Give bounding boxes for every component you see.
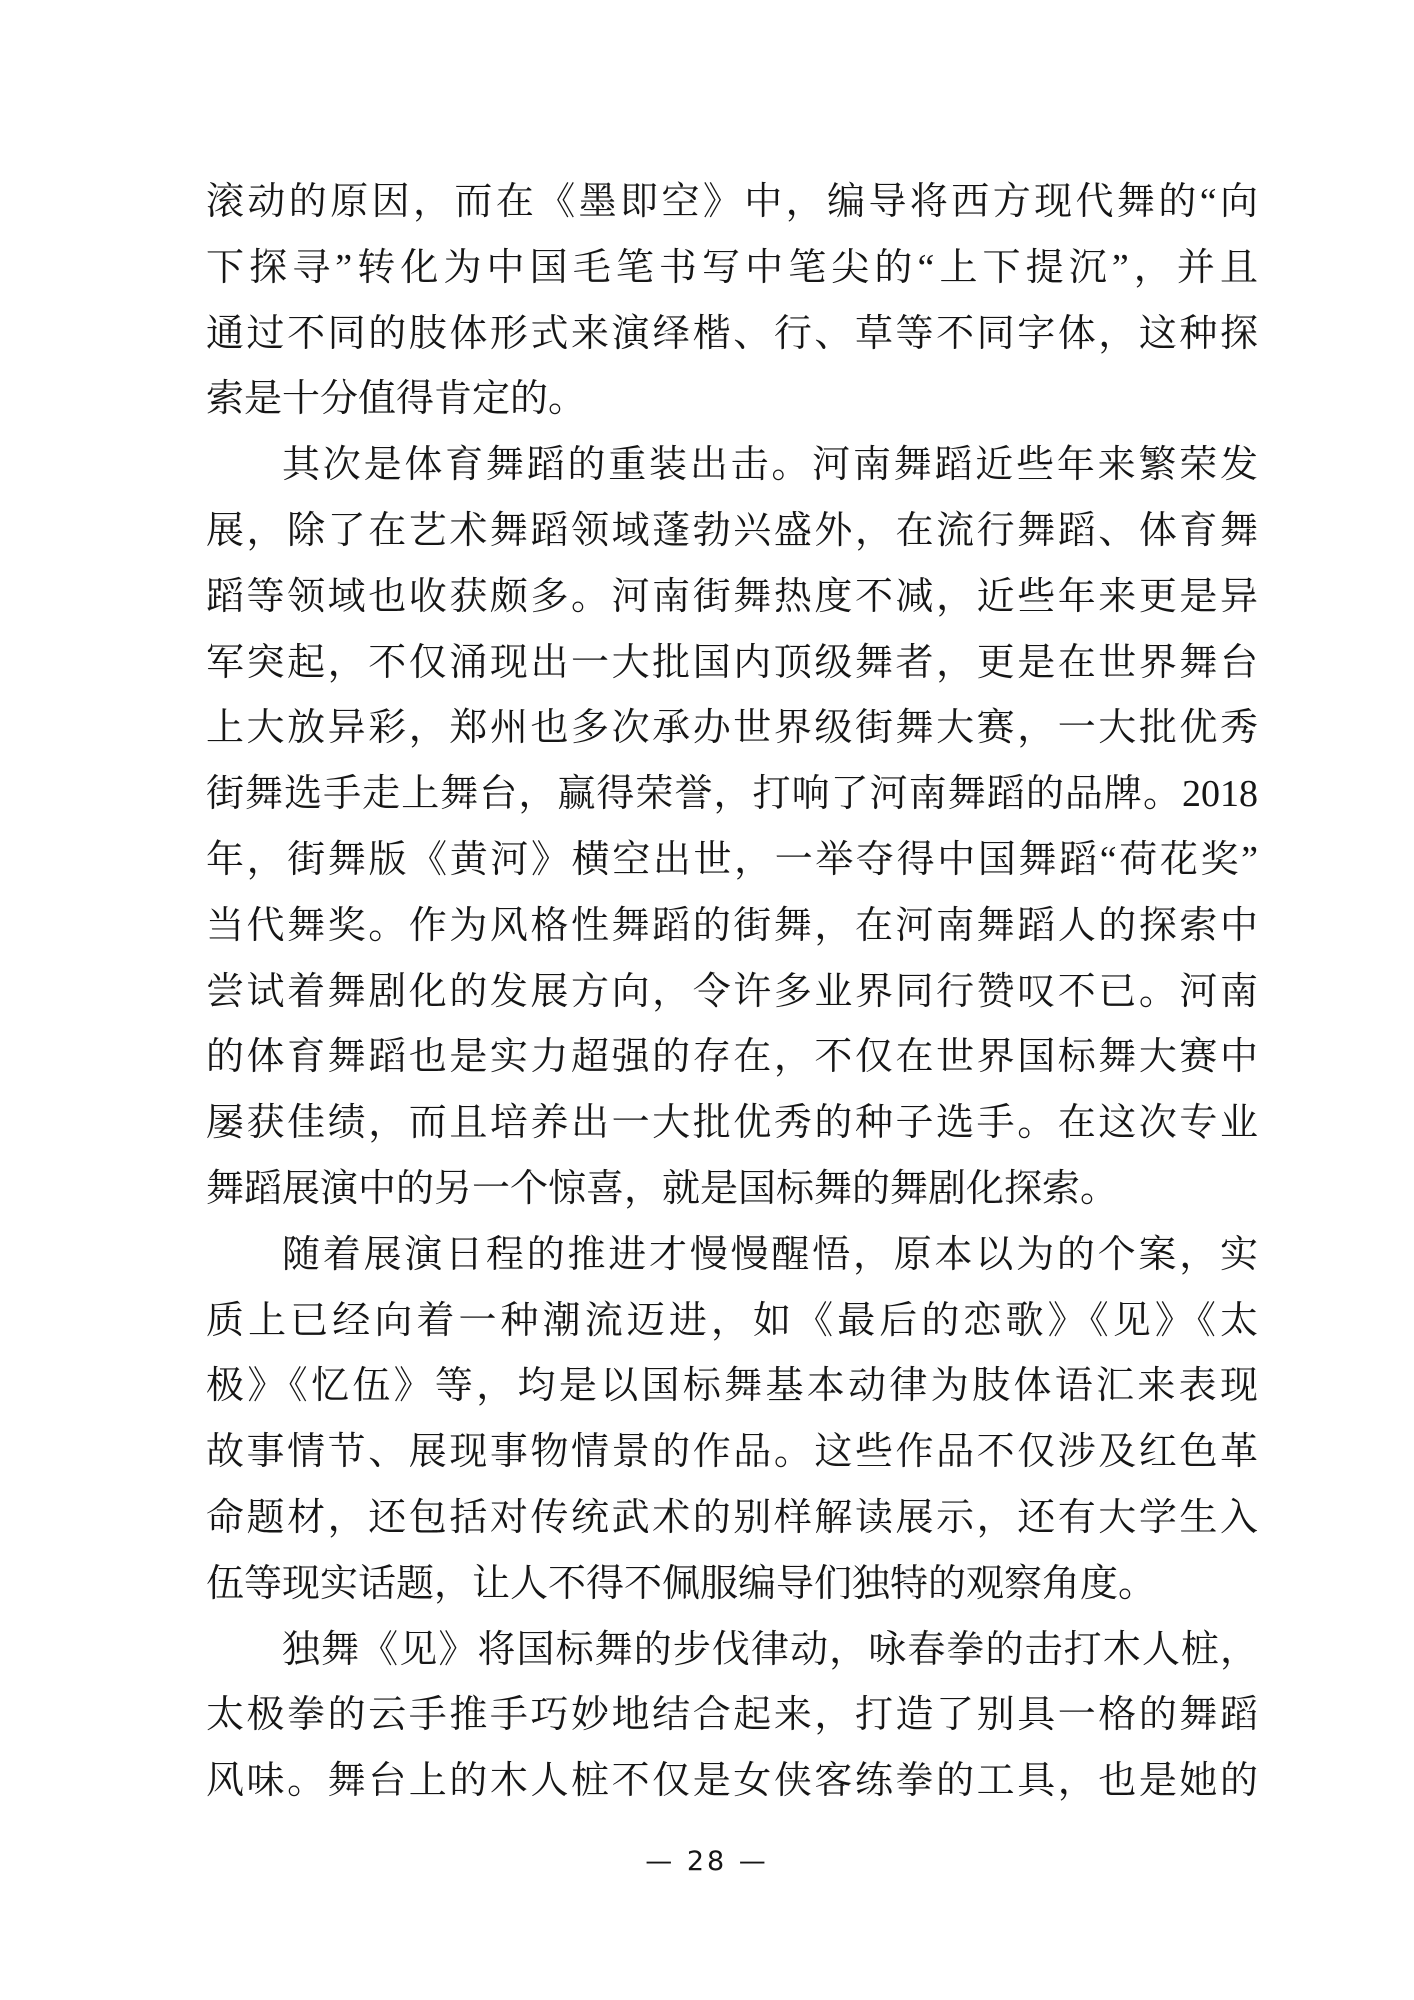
text-line: 太极拳的云手推手巧妙地结合起来，打造了别具一格的舞蹈 [206,1683,1258,1749]
text-line: 当代舞奖。作为风格性舞蹈的街舞，在河南舞蹈人的探索中 [206,894,1258,960]
document-page: 滚动的原因，而在《墨即空》中，编导将西方现代舞的“向下探寻”转化为中国毛笔书写中… [0,0,1414,2000]
text-line: 其次是体育舞蹈的重装出击。河南舞蹈近些年来繁荣发 [206,433,1258,499]
text-line: 展，除了在艺术舞蹈领域蓬勃兴盛外，在流行舞蹈、体育舞 [206,499,1258,565]
text-line: 舞蹈展演中的另一个惊喜，就是国标舞的舞剧化探索。 [206,1157,1258,1223]
text-line: 索是十分值得肯定的。 [206,367,1258,433]
text-line: 的体育舞蹈也是实力超强的存在，不仅在世界国标舞大赛中 [206,1025,1258,1091]
text-line: 伍等现实话题，让人不得不佩服编导们独特的观察角度。 [206,1552,1258,1618]
text-line: 风味。舞台上的木人桩不仅是女侠客练拳的工具，也是她的 [206,1749,1258,1815]
text-line: 屡获佳绩，而且培养出一大批优秀的种子选手。在这次专业 [206,1091,1258,1157]
page-footer: — 28 — [0,1846,1414,1877]
text-line: 滚动的原因，而在《墨即空》中，编导将西方现代舞的“向 [206,170,1258,236]
text-line: 上大放异彩，郑州也多次承办世界级街舞大赛，一大批优秀 [206,696,1258,762]
text-line: 蹈等领域也收获颇多。河南街舞热度不减，近些年来更是异 [206,565,1258,631]
text-line: 随着展演日程的推进才慢慢醒悟，原本以为的个案，实 [206,1223,1258,1289]
text-line: 命题材，还包括对传统武术的别样解读展示，还有大学生入 [206,1486,1258,1552]
text-line: 尝试着舞剧化的发展方向，令许多业界同行赞叹不已。河南 [206,960,1258,1026]
text-line: 通过不同的肢体形式来演绎楷、行、草等不同字体，这种探 [206,302,1258,368]
text-line: 故事情节、展现事物情景的作品。这些作品不仅涉及红色革 [206,1420,1258,1486]
text-line: 年，街舞版《黄河》横空出世，一举夺得中国舞蹈“荷花奖” [206,828,1258,894]
text-block: 滚动的原因，而在《墨即空》中，编导将西方现代舞的“向下探寻”转化为中国毛笔书写中… [206,170,1258,1815]
text-line: 质上已经向着一种潮流迈进，如《最后的恋歌》《见》《太 [206,1289,1258,1355]
text-line: 独舞《见》将国标舞的步伐律动，咏春拳的击打木人桩， [206,1618,1258,1684]
text-line: 下探寻”转化为中国毛笔书写中笔尖的“上下提沉”，并且 [206,236,1258,302]
text-line: 极》《忆伍》等，均是以国标舞基本动律为肢体语汇来表现 [206,1354,1258,1420]
text-line: 街舞选手走上舞台，赢得荣誉，打响了河南舞蹈的品牌。2018 [206,762,1258,828]
text-line: 军突起，不仅涌现出一大批国内顶级舞者，更是在世界舞台 [206,631,1258,697]
page-number: — 28 — [645,1846,769,1877]
